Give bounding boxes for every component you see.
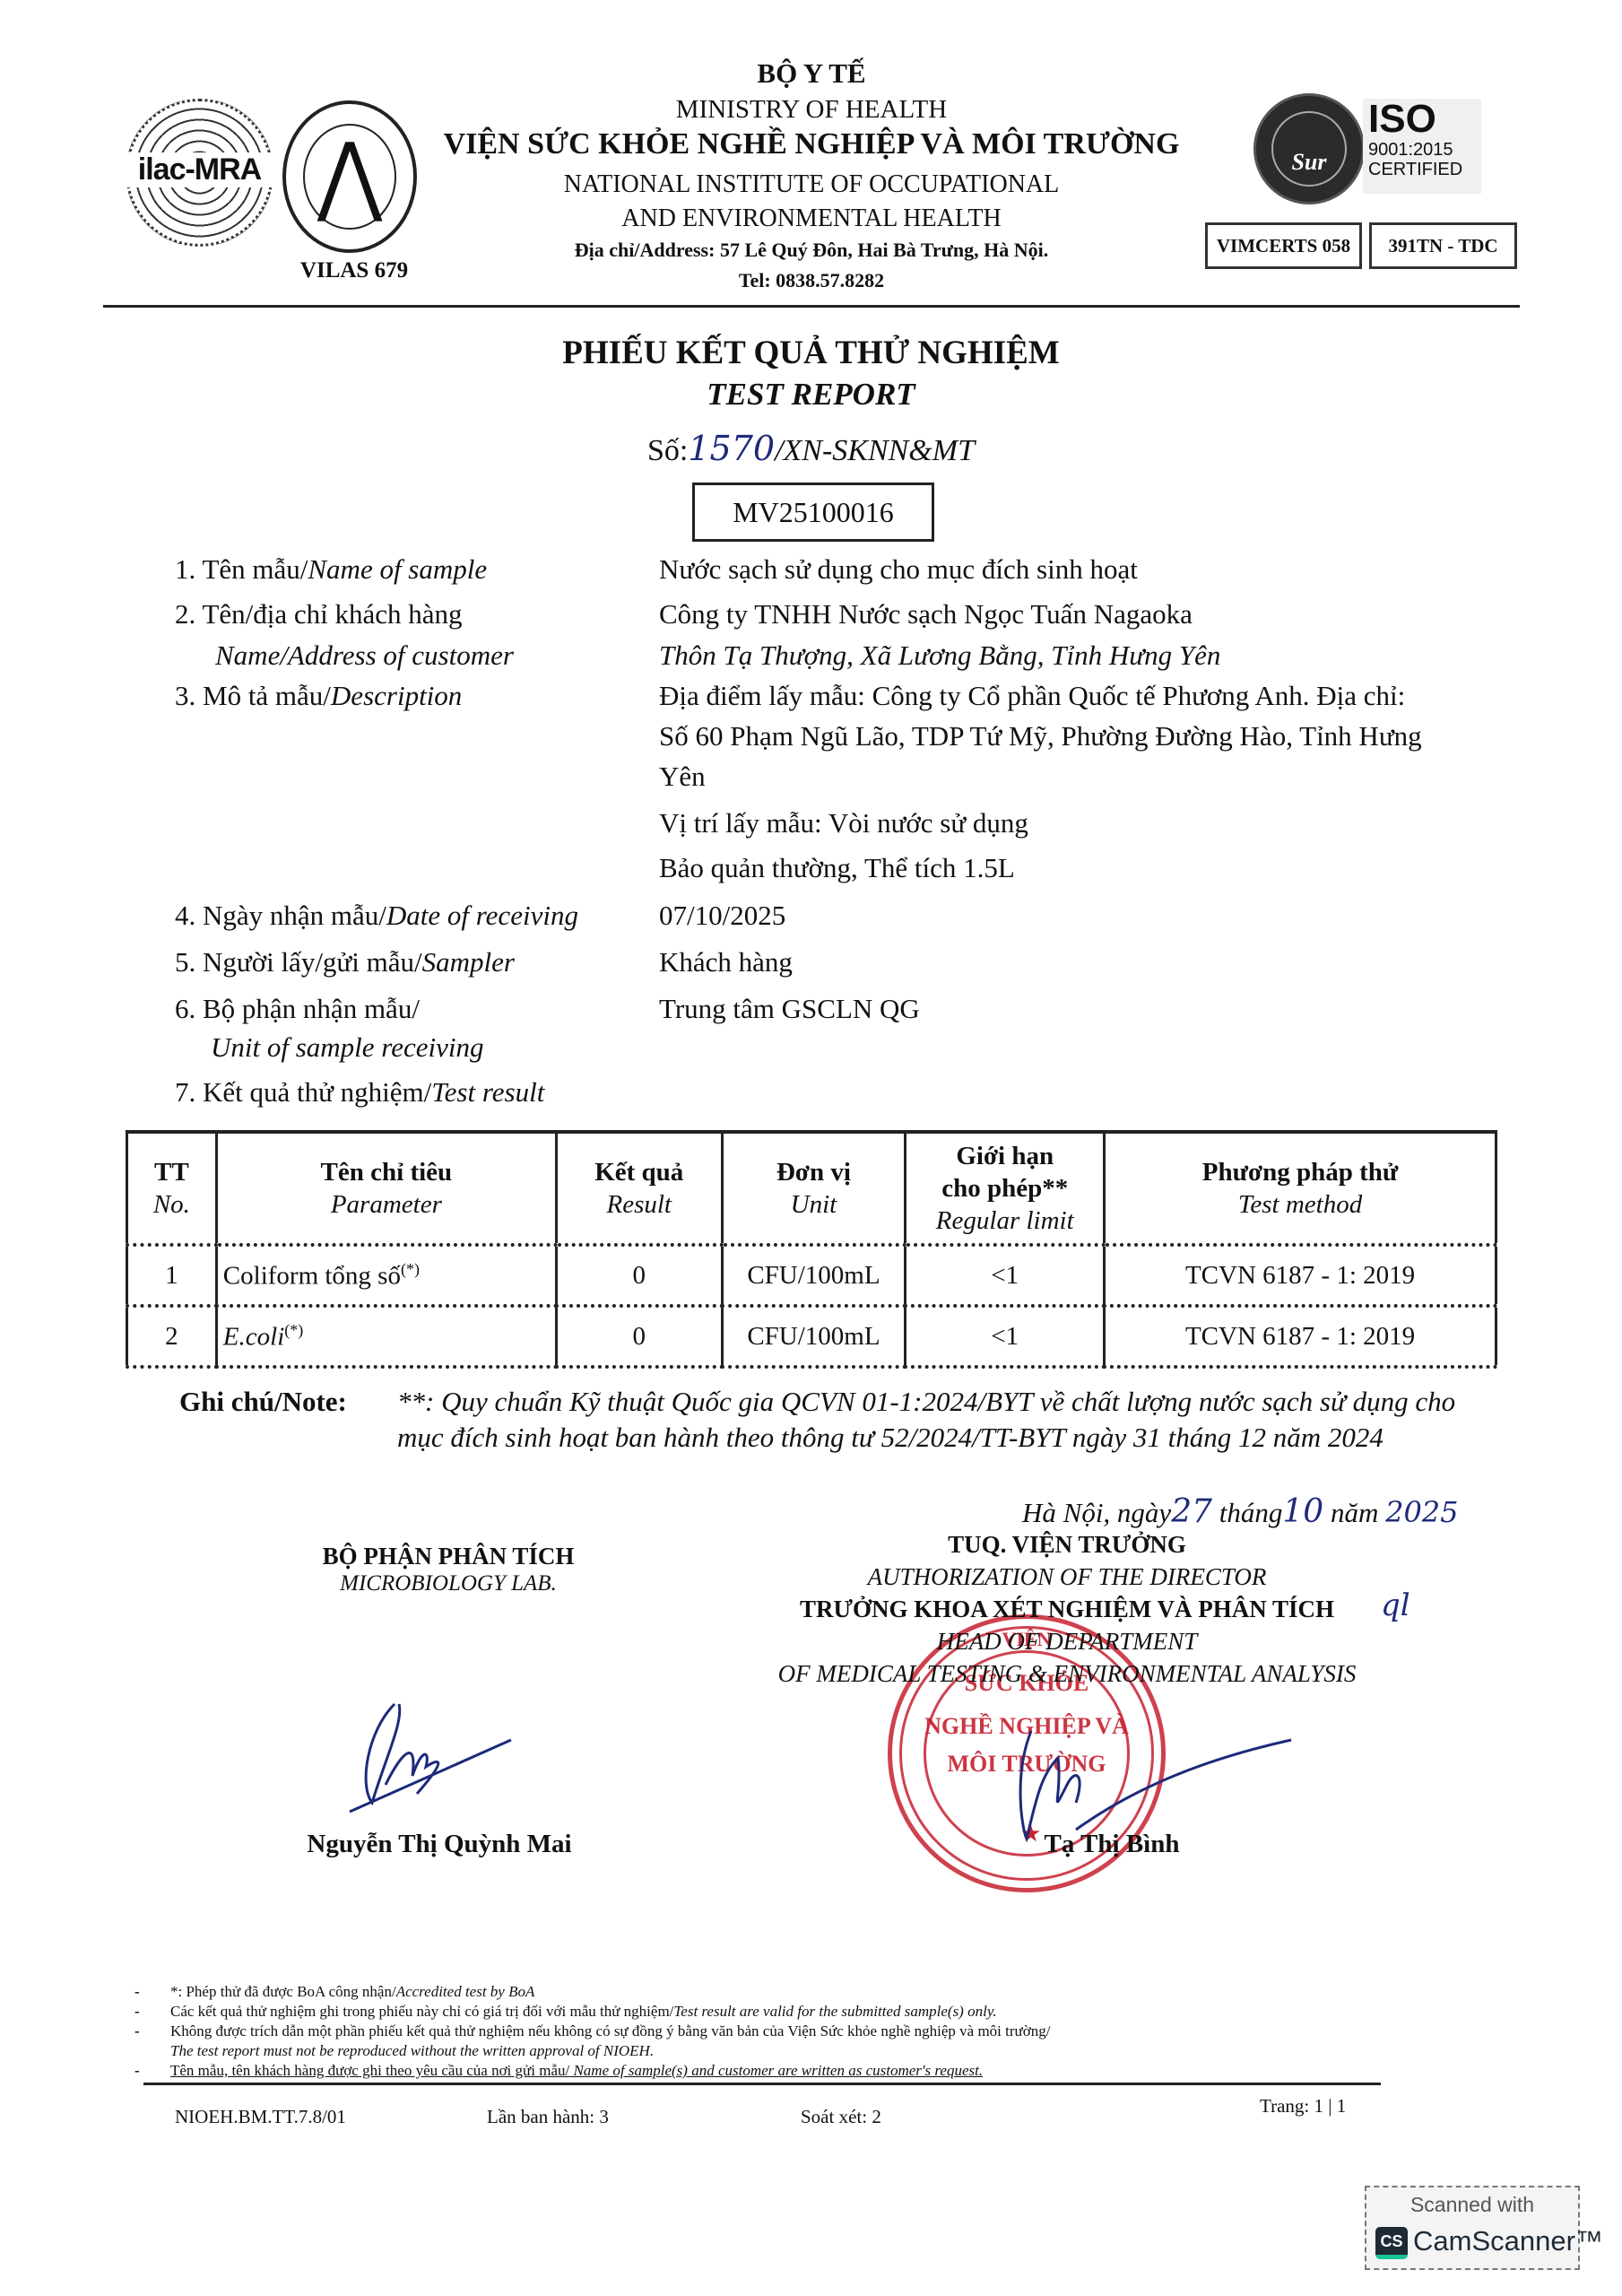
iso-badge: ISO 9001:2015 CERTIFIED bbox=[1363, 99, 1481, 194]
issue-number: Lần ban hành: 3 bbox=[487, 2106, 609, 2128]
sample-code-box: MV25100016 bbox=[692, 483, 934, 542]
info-label-customer: 2. Tên/địa chỉ khách hàng bbox=[175, 598, 463, 631]
report-title-en: TEST REPORT bbox=[0, 377, 1622, 413]
right-signer-line-3: TRƯỞNG KHOA XÉT NGHIỆM VÀ PHÂN TÍCH bbox=[699, 1596, 1435, 1623]
ministry-vi: BỘ Y TẾ bbox=[403, 57, 1219, 90]
footer-divider bbox=[143, 2083, 1381, 2085]
iso-title: ISO bbox=[1363, 99, 1481, 140]
disclaimer-reproduction-en: The test report must not be reproduced w… bbox=[170, 2041, 654, 2061]
review-number: Soát xét: 2 bbox=[801, 2106, 881, 2128]
col-result: Kết quảResult bbox=[556, 1132, 722, 1245]
disclaimer-accredited: -*: Phép thử đã được BoA công nhận/Accre… bbox=[134, 1982, 534, 2002]
report-title-vi: PHIẾU KẾT QUẢ THỬ NGHIỆM bbox=[0, 334, 1622, 372]
info-value-customer-address: Thôn Tạ Thượng, Xã Lương Bằng, Tỉnh Hưng… bbox=[659, 639, 1220, 672]
col-limit: Giới hạn cho phép**Regular limit bbox=[906, 1132, 1105, 1245]
info-value-description-1: Địa điểm lấy mẫu: Công ty Cổ phần Quốc t… bbox=[659, 680, 1405, 712]
tn-tdc-badge: 391TN - TDC bbox=[1369, 222, 1517, 269]
info-value-sample-name: Nước sạch sử dụng cho mục đích sinh hoạt bbox=[659, 553, 1138, 586]
info-label-receiving-unit: 6. Bộ phận nhận mẫu/ bbox=[175, 993, 420, 1025]
camscanner-logo-icon: CS bbox=[1375, 2227, 1408, 2259]
iso-certified: CERTIFIED bbox=[1363, 160, 1481, 179]
info-value-description-5: Bảo quản thường, Thể tích 1.5L bbox=[659, 852, 1015, 884]
camscanner-name: CamScanner™ bbox=[1413, 2225, 1603, 2257]
table-row: 2 E.coli(*) 0 CFU/100mL <1 TCVN 6187 - 1… bbox=[127, 1306, 1496, 1367]
left-signer-name: Nguyễn Thị Quỳnh Mai bbox=[251, 1830, 628, 1859]
certification-seal-label: Sur bbox=[1271, 111, 1347, 187]
left-signature-icon bbox=[332, 1695, 529, 1821]
results-table: TTNo. Tên chỉ tiêuParameter Kết quảResul… bbox=[126, 1130, 1497, 1369]
info-label-date-receiving: 4. Ngày nhận mẫu/Date of receiving bbox=[175, 900, 578, 932]
note-text: **: Quy chuẩn Kỹ thuật Quốc gia QCVN 01-… bbox=[397, 1384, 1473, 1456]
info-value-description-4: Vị trí lấy mẫu: Vòi nước sử dụng bbox=[659, 807, 1028, 839]
form-code: NIOEH.BM.TT.7.8/01 bbox=[175, 2106, 346, 2128]
disclaimer-reproduction: -Không được trích dẫn một phần phiếu kết… bbox=[134, 2022, 1050, 2041]
scanned-with-text: Scanned with bbox=[1366, 2193, 1578, 2217]
table-row: 1 Coliform tổng số(*) 0 CFU/100mL <1 TCV… bbox=[127, 1245, 1496, 1306]
report-number-handwritten: 1570 bbox=[688, 429, 775, 468]
info-value-receiving-unit: Trung tâm GSCLN QG bbox=[659, 993, 920, 1025]
iso-standard: 9001:2015 bbox=[1363, 140, 1481, 160]
info-label-test-result: 7. Kết quả thử nghiệm/Test result bbox=[175, 1076, 544, 1109]
right-signer-line-1: TUQ. VIỆN TRƯỞNG bbox=[789, 1531, 1345, 1559]
report-number: Số:1570/XN-SKNN&MT bbox=[0, 429, 1622, 468]
info-value-date-receiving: 07/10/2025 bbox=[659, 900, 785, 932]
left-signer-title-en: MICROBIOLOGY LAB. bbox=[269, 1571, 628, 1596]
info-label-sample-name: 1. Tên mẫu/Name of sample bbox=[175, 553, 487, 586]
info-value-customer-name: Công ty TNHH Nước sạch Ngọc Tuấn Nagaoka bbox=[659, 598, 1193, 631]
right-signer-line-4: HEAD OF DEPARTMENT bbox=[699, 1628, 1435, 1656]
ilac-mra-logo-text: ilac-MRA bbox=[126, 152, 273, 187]
vimcerts-badge: VIMCERTS 058 bbox=[1205, 222, 1362, 269]
page-indicator: Trang: 1 | 1 bbox=[1260, 2095, 1346, 2118]
info-value-description-2: Số 60 Phạm Ngũ Lão, TDP Tứ Mỹ, Phường Đư… bbox=[659, 720, 1422, 752]
results-table-header: TTNo. Tên chỉ tiêuParameter Kết quảResul… bbox=[127, 1132, 1496, 1245]
info-value-sampler: Khách hàng bbox=[659, 946, 793, 978]
report-number-suffix: /XN-SKNN&MT bbox=[775, 434, 975, 467]
left-signer-title: BỘ PHẬN PHÂN TÍCH bbox=[269, 1543, 628, 1570]
right-signer-line-5: OF MEDICAL TESTING & ENVIRONMENTAL ANALY… bbox=[699, 1660, 1435, 1688]
institute-en-2: AND ENVIRONMENTAL HEALTH bbox=[403, 204, 1219, 233]
col-unit: Đơn vịUnit bbox=[722, 1132, 906, 1245]
info-label-customer-en: Name/Address of customer bbox=[215, 639, 514, 672]
header-divider bbox=[103, 305, 1520, 308]
institute-vi: VIỆN SỨC KHỎE NGHỀ NGHIỆP VÀ MÔI TRƯỜNG bbox=[403, 127, 1219, 161]
ministry-en: MINISTRY OF HEALTH bbox=[403, 95, 1219, 125]
note-label: Ghi chú/Note: bbox=[179, 1386, 347, 1418]
institute-en-1: NATIONAL INSTITUTE OF OCCUPATIONAL bbox=[403, 170, 1219, 199]
disclaimer-validity: -Các kết quả thử nghiệm ghi trong phiếu … bbox=[134, 2002, 997, 2022]
report-number-prefix: Số: bbox=[647, 434, 688, 467]
right-initials-icon: ql bbox=[1381, 1587, 1410, 1623]
info-label-sampler: 5. Người lấy/gửi mẫu/Sampler bbox=[175, 946, 515, 978]
col-parameter: Tên chỉ tiêuParameter bbox=[216, 1132, 556, 1245]
col-no: TTNo. bbox=[127, 1132, 217, 1245]
right-signer-line-2: AUTHORIZATION OF THE DIRECTOR bbox=[699, 1563, 1435, 1591]
col-method: Phương pháp thửTest method bbox=[1105, 1132, 1496, 1245]
right-signer-name: Tạ Thị Bình bbox=[986, 1830, 1237, 1859]
right-signature-icon bbox=[977, 1722, 1300, 1848]
disclaimer-customer-request: -Tên mẫu, tên khách hàng được ghi theo y… bbox=[134, 2061, 983, 2081]
institute-tel: Tel: 0838.57.8282 bbox=[403, 269, 1219, 292]
signing-date: Hà Nội, ngày27 tháng10 năm 2025 bbox=[1022, 1493, 1459, 1530]
institute-address: Địa chỉ/Address: 57 Lê Quý Đôn, Hai Bà T… bbox=[403, 239, 1219, 262]
boa-symbol-icon: ⋀ bbox=[305, 121, 395, 230]
info-label-receiving-unit-en: Unit of sample receiving bbox=[211, 1031, 483, 1064]
info-value-description-3: Yên bbox=[659, 761, 706, 793]
camscanner-watermark: Scanned with CS CamScanner™ bbox=[1365, 2186, 1580, 2270]
info-label-description: 3. Mô tả mẫu/Description bbox=[175, 680, 462, 712]
